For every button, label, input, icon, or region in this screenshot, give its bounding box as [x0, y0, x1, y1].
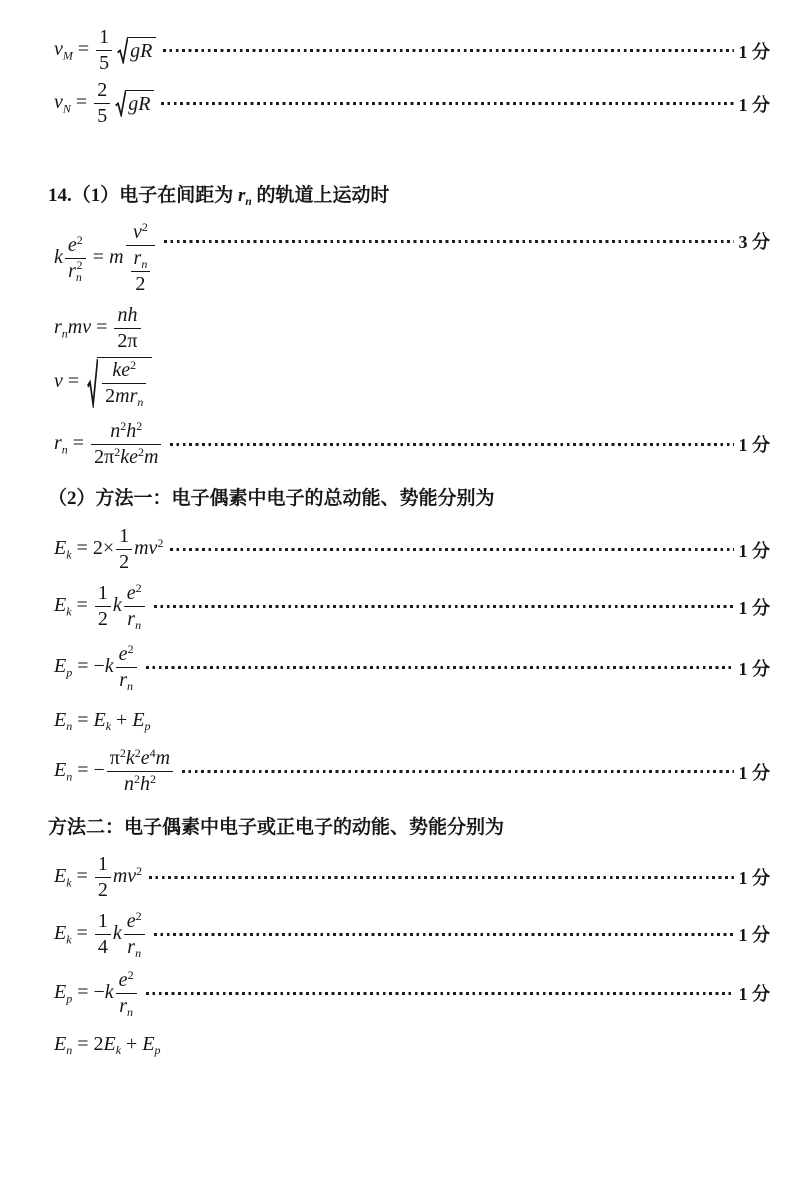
- fraction: v2rn2: [126, 221, 156, 296]
- heading-text: 方法二：电子偶素中电子或正电子的动能、势能分别为: [48, 817, 504, 838]
- dotted-leader: [146, 666, 734, 669]
- row-Ep-method2: Ep = −ke2rn 1 分: [48, 969, 770, 1018]
- score-label: 1 分: [739, 980, 771, 1006]
- formula-math: Ep = −ke2rn: [54, 969, 139, 1018]
- formula-math: Ep = −ke2rn: [54, 643, 139, 692]
- formula-math: vN = 25gR: [54, 79, 154, 128]
- fraction: 12: [95, 582, 111, 631]
- score-label: 1 分: [739, 655, 771, 681]
- fraction: n2h22π2ke2m: [91, 420, 161, 469]
- fraction: 15: [96, 26, 112, 75]
- fraction: e2rn: [124, 910, 145, 959]
- formula-math: En = Ek + Ep: [54, 708, 151, 733]
- row-En-result: En = −π2k2e4mn2h2 1 分: [48, 747, 770, 796]
- dotted-leader: [154, 605, 734, 608]
- fraction: 12: [95, 853, 111, 902]
- formula-math: rnmv = nh2π: [54, 304, 143, 353]
- score-label: 1 分: [739, 594, 771, 620]
- formula-math: v = ke22mrn: [54, 357, 152, 408]
- score-label: 3 分: [739, 228, 771, 254]
- dotted-leader: [163, 49, 733, 52]
- dotted-leader: [149, 876, 733, 879]
- row-q14-part1: 14.（1）电子在间距为 rn 的轨道上运动时: [48, 182, 770, 211]
- row-vN: vN = 25gR 1 分: [48, 79, 770, 128]
- score-label: 1 分: [739, 864, 771, 890]
- dotted-leader: [182, 770, 733, 773]
- formula-math: Ek = 14ke2rn: [54, 910, 147, 959]
- row-En-sum: En = Ek + Ep: [48, 708, 770, 733]
- fraction: e2rn: [124, 582, 145, 631]
- score-label: 1 分: [739, 921, 771, 947]
- fraction: 14: [95, 910, 111, 959]
- dotted-leader: [146, 992, 734, 995]
- fraction: e2rn2: [65, 234, 86, 283]
- formula-math: ke2rn2 = mv2rn2: [54, 221, 157, 296]
- formula-math: Ek = 2×12mv2: [54, 525, 163, 574]
- square-root: gR: [117, 37, 156, 64]
- row-part2-method1: （2）方法一：电子偶素中电子的总动能、势能分别为: [48, 485, 770, 514]
- score-label: 1 分: [739, 38, 771, 64]
- fraction: 25: [94, 79, 110, 128]
- dotted-leader: [154, 933, 734, 936]
- heading-text: 14.（1）电子在间距为 rn 的轨道上运动时: [48, 185, 390, 206]
- fraction: ke22mrn: [102, 359, 146, 408]
- score-label: 1 分: [739, 759, 771, 785]
- row-Ep-method1: Ep = −ke2rn 1 分: [48, 643, 770, 692]
- heading-text: （2）方法一：电子偶素中电子的总动能、势能分别为: [48, 488, 495, 509]
- row-coulomb-newton: ke2rn2 = mv2rn2 3 分: [48, 221, 770, 296]
- row-rn-solution: rn = n2h22π2ke2m 1 分: [48, 420, 770, 469]
- formula-math: rn = n2h22π2ke2m: [54, 420, 163, 469]
- score-label: 1 分: [739, 91, 771, 117]
- formula-math: En = −π2k2e4mn2h2: [54, 747, 175, 796]
- row-vM: vM = 15gR 1 分: [48, 26, 770, 75]
- score-label: 1 分: [739, 537, 771, 563]
- row-Ek-half: Ek = 12ke2rn 1 分: [48, 582, 770, 631]
- square-root: gR: [115, 90, 154, 117]
- dotted-leader: [170, 443, 733, 446]
- dotted-leader: [164, 240, 733, 243]
- fraction: π2k2e4mn2h2: [107, 747, 173, 796]
- fraction: nh2π: [114, 304, 140, 353]
- dotted-leader: [170, 548, 733, 551]
- fraction: rn2: [131, 247, 151, 296]
- row-Ek-quarter: Ek = 14ke2rn 1 分: [48, 910, 770, 959]
- formula-math: vM = 15gR: [54, 26, 156, 75]
- formula-math: En = 2Ek + Ep: [54, 1032, 161, 1057]
- square-root: ke22mrn: [87, 357, 152, 408]
- score-label: 1 分: [739, 431, 771, 457]
- dotted-leader: [161, 102, 733, 105]
- formula-math: Ek = 12mv2: [54, 853, 142, 902]
- row-En-sum2: En = 2Ek + Ep: [48, 1032, 770, 1057]
- row-Ek-single: Ek = 12mv2 1 分: [48, 853, 770, 902]
- row-angular-momentum: rnmv = nh2π: [48, 304, 770, 353]
- fraction: 12: [116, 525, 132, 574]
- fraction: e2rn: [116, 643, 137, 692]
- fraction: e2rn: [116, 969, 137, 1018]
- row-v-solution: v = ke22mrn: [48, 357, 770, 408]
- formula-math: Ek = 12ke2rn: [54, 582, 147, 631]
- row-Ek-total: Ek = 2×12mv2 1 分: [48, 525, 770, 574]
- row-method2: 方法二：电子偶素中电子或正电子的动能、势能分别为: [48, 814, 770, 843]
- answer-sheet: vM = 15gR 1 分 vN = 25gR 1 分 14.（1）电子在间距为…: [48, 26, 770, 1057]
